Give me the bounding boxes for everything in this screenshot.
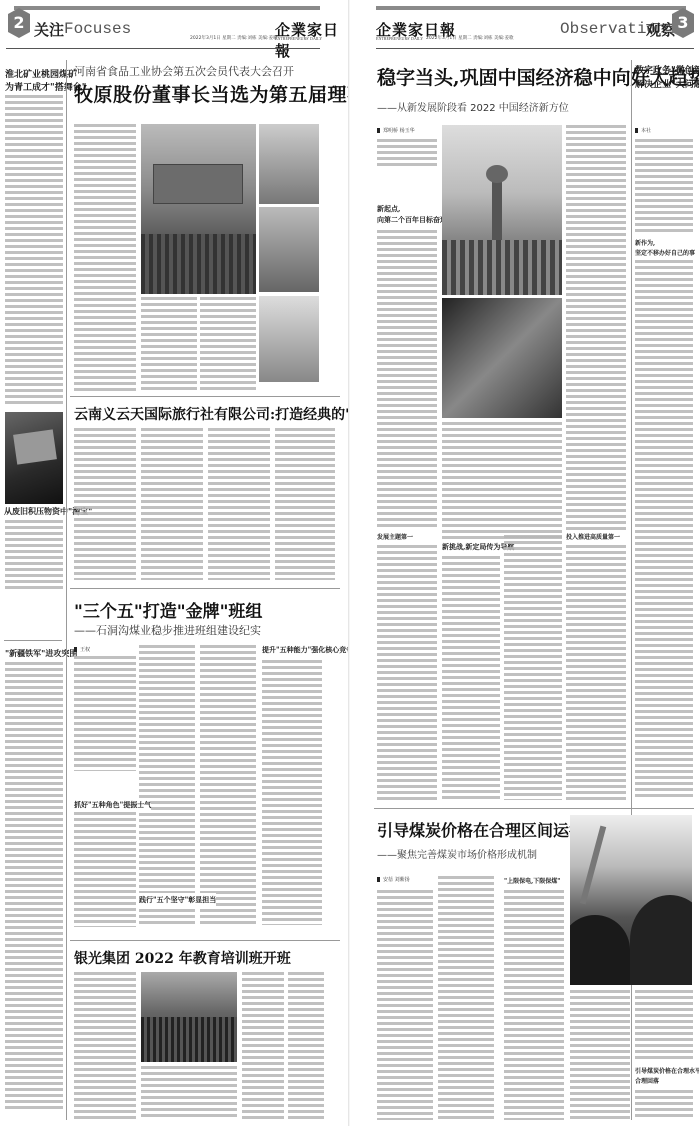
yinguang-headline: 银光集团 2022 年教育培训班开班	[74, 948, 291, 968]
sanwu-body-col3	[200, 645, 256, 925]
page-number-badge: 2	[8, 8, 30, 38]
section-title-cn: 关注	[34, 19, 64, 40]
lead-body-col2b	[442, 556, 500, 800]
section-title-cn: 观察	[646, 19, 676, 40]
lead-byline: 郑明桥 杨玉华	[377, 127, 415, 134]
divider-1	[70, 396, 340, 397]
yunnan-body-col2	[141, 428, 203, 580]
coal-body-col4	[570, 990, 630, 1120]
yinguang-body-col1	[74, 972, 136, 1120]
sanwu-body-col1	[74, 656, 136, 771]
lead-body-col2	[442, 422, 562, 542]
lead-photo-skyline	[442, 125, 562, 295]
sanwu-headline: "三个五"打造"金牌"班组	[74, 597, 262, 622]
section-title-en: Focuses	[64, 20, 131, 38]
coal-body-col5a	[635, 990, 693, 1060]
coal-subhead-1: "上限保电,下限保煤"	[504, 876, 560, 885]
lead-photo-podium	[259, 207, 319, 292]
header-rule-bottom	[6, 48, 320, 49]
sidebar-body-3	[5, 662, 63, 1112]
lead-subhead-4: 投入推进高质量第一	[566, 532, 620, 541]
sidebar-headline-a: 数字政务"微创新"	[635, 63, 699, 76]
masthead-en: ENTREPRENEURS' DAILY	[275, 36, 322, 41]
sanwu-body-col4	[262, 660, 322, 925]
divider-2	[70, 588, 340, 589]
coal-body-col2	[438, 876, 494, 1120]
coal-subhead-3: 合理回落	[635, 1076, 659, 1085]
lead-photo-main	[141, 124, 256, 294]
coal-body-col1	[377, 890, 433, 1120]
yinguang-photo	[141, 972, 237, 1062]
header-rule-top	[14, 6, 320, 10]
lead-photo-portrait	[259, 296, 319, 382]
lead-subhead-3: 发展主题第一	[377, 532, 413, 541]
sanwu-subhead-1: 提升"五种能力"强化核心竞争力	[262, 645, 360, 655]
coal-body-col5b	[635, 1090, 693, 1120]
coal-body-col3	[504, 890, 564, 1120]
lead-kicker: 河南省食品工业协会第五次会员代表大会召开	[74, 63, 294, 79]
sidebar-photo	[5, 412, 63, 504]
yinguang-body-col3	[242, 972, 284, 1120]
page-2-focuses: 2 关注 Focuses 2022年3月1日 星期二 责编:刘栋 美编:姜歌 企…	[0, 0, 350, 1126]
lead-body-col3	[200, 297, 256, 392]
header-rule-top	[376, 6, 686, 10]
divider-3	[70, 940, 340, 941]
header-rule-bottom	[376, 48, 694, 49]
lead-body-col3	[566, 125, 626, 530]
coal-byline: 安蓓 刘紫扬	[377, 876, 410, 883]
page-number-badge: 3	[672, 8, 694, 38]
sanwu-body-col2	[139, 645, 195, 925]
sidebar-divider	[4, 640, 62, 641]
page-3-observation: 企業家日報 ENTREPRENEURS' DAILY 2022年3月1日 星期二…	[350, 0, 699, 1126]
lead-body-1	[377, 139, 437, 169]
yunnan-body-col1	[74, 428, 136, 580]
coal-subhead-2: 引导煤炭价格在合理水平上	[635, 1066, 699, 1075]
lead-photo-workers	[442, 298, 562, 418]
lead-body-col2	[141, 297, 197, 392]
sidebar-headline-b: 解决企业"大问题"	[635, 77, 699, 90]
coal-subhead: ——聚焦完善煤炭市场价格形成机制	[377, 846, 537, 861]
yinguang-body-col4	[288, 972, 324, 1120]
sidebar-body-1	[5, 95, 63, 405]
lead-body-col1b	[377, 545, 437, 800]
masthead-en: ENTREPRENEURS' DAILY	[376, 36, 423, 41]
yunnan-body-col4	[275, 428, 335, 580]
lead-body-col1	[74, 124, 136, 392]
sanwu-body-col1b	[74, 812, 136, 927]
lead-subhead: ——从新发展阶段看 2022 中国经济新方位	[377, 99, 569, 114]
lead-body-col1	[377, 230, 437, 530]
sidebar-subhead-1a: 新作为,	[635, 238, 655, 247]
dateline: 2022年3月1日 星期二 责编:刘栋 美编:姜歌	[190, 35, 278, 41]
lead-subhead-1b: 向第二个百年目标奋进	[377, 215, 447, 225]
sidebar-subhead-1b: 坚定不移办好自己的事	[635, 248, 695, 257]
sidebar-body-2	[5, 520, 63, 590]
sidebar-body-2	[635, 260, 693, 800]
dateline: 2022年3月1日 星期二 责编:刘栋 美编:姜歌	[426, 35, 514, 41]
sanwu-subhead-2: 抓好"五种角色"提振士气	[74, 798, 151, 812]
sanwu-subhead-3: 践行"五个坚守"彰显担当	[139, 893, 216, 907]
lead-body-col4b	[566, 545, 626, 800]
sanwu-subhead: ——石洞沟煤业稳步推进班组建设纪实	[74, 622, 261, 638]
yunnan-body-col3	[208, 428, 270, 580]
lead-body-col3b	[504, 535, 562, 800]
lead-subhead-1a: 新起点,	[377, 204, 400, 214]
lead-photo-speaker	[259, 124, 319, 204]
sidebar-body-1	[635, 139, 693, 234]
yinguang-body-col2	[141, 1066, 237, 1120]
sanwu-byline: 王权	[74, 646, 90, 653]
divider	[374, 808, 694, 809]
sidebar-byline: 本社	[635, 127, 651, 134]
column-rule	[66, 60, 67, 1120]
coal-headline: 引导煤炭价格在合理区间运行	[377, 818, 585, 841]
coal-photo	[570, 815, 692, 985]
